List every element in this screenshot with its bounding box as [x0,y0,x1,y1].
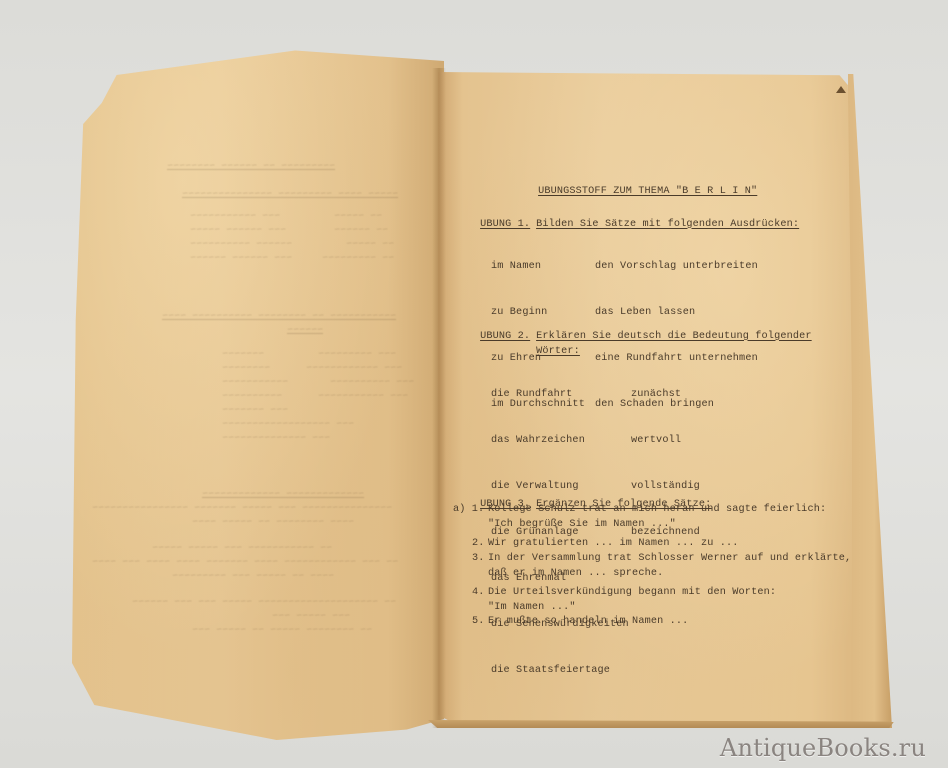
sentence-line: daß er im Namen ... spreche. [488,566,663,582]
bleed-text: ~~~~~~~~~~~~~~~ ~~~ ~~~~~ ~~~~~~~ ~~~~~~… [92,502,392,513]
sentence-line: Die Urteilsverkündigung begann mit den W… [488,585,776,601]
bleed-text: ~~~ ~~~~~~~~~~~ ~~~~~~~~~~ [222,390,408,401]
word: zunächst [631,387,700,402]
photo-scene: ~~~~~~~~~ ~~ ~~~~~~ ~~~~~~~~ ~~~~~ ~~~~ … [0,0,948,768]
phrase: den Vorschlag unterbreiten [595,259,758,274]
bleed-text: ~~ ~~~ ~~~~~~~~~~~~ ~~~~ ~~~~~~~ ~~~~ ~~… [92,556,398,567]
bleed-text: ~~ ~~~~~~~~~~~ ~~~ ~~~~~ ~~~~~ [152,542,332,553]
word: die Staatsfeiertage [491,663,629,678]
bleed-text: ~~~~~ ~~~~ ~~~~~~~~~ ~~~~~~~~~~~~~~~ [182,188,398,199]
book-gutter [432,68,446,728]
bleed-text: ~~~~~~~~~~~ ~~ ~~~~~~~~ ~~~~~~~~~~ ~~~~ [162,310,396,321]
bleed-text: ~~~ ~~~~~~~~~~~~~~~~~~ [222,418,354,429]
exercise-2-left-column: die Rundfahrt das Wahrzeichen die Verwal… [491,356,629,709]
corner-mark [836,86,846,93]
word: die Rundfahrt [491,387,629,402]
word: wertvoll [631,433,700,448]
title-text: UBUNGSSTOFF ZUM THEMA "B E R L I N" [538,186,757,197]
phrase: im Namen [491,259,585,274]
sentence-marker: 3. [472,551,485,567]
bleed-text: ~~ ~~~~~~~~~~~~~~~~~~~~ ~~~~~ ~~~ ~~~ ~~… [132,596,396,607]
bleed-text: ~~ ~~~~~ ~~~~~~ ~~~~~~~~~~ [190,238,394,249]
bleed-text: ~~~~~~~~~~~~~ ~~~~~~~~~~~~~ [202,488,364,499]
left-page: ~~~~~~~~~ ~~ ~~~~~~ ~~~~~~~~ ~~~~~ ~~~~ … [72,40,444,740]
site-watermark: AntiqueBooks.ru [720,734,926,762]
bleed-text: ~~~ ~~~~~~~~~~~~~~ [222,432,330,443]
sentence-line: Wir gratulierten ... im Namen ... zu ... [488,536,739,552]
sentence-line: In der Versammlung trat Schlosser Werner… [488,551,851,567]
bleed-text: ~~~ ~~~~~~~ [222,404,288,415]
bleed-text: ~~~ ~~~~~~~~~~~~ ~~~~~~~~ [222,362,402,373]
bleed-text: ~~~ ~~~~~~~~~~ ~~~~~~~~~~~ [222,376,414,387]
bleed-text: ~~~~ ~~ ~~~~~ ~~~ ~~~~~~~~~ [172,570,334,581]
sentence-line: "Ich begrüße Sie im Namen ..." [488,517,676,533]
bleed-text: ~~ ~~~~~ ~~~ ~~~~~~~~~~~ [190,210,382,221]
bleed-text: ~~ ~~~~~~ ~~~ ~~~~~~ ~~~~~ [190,224,388,235]
sentence-line: Er mußte so handeln im Namen ... [488,614,688,630]
sentence-line: Kollege Schulz trat an mich heran und sa… [488,502,826,518]
sentence-marker: 2. [472,536,485,552]
bleed-text: ~~~~~~ [287,324,323,335]
bleed-text: ~~~~~~~~~ ~~ ~~~~~~ ~~~~~~~~ [167,160,335,171]
sentence-marker: 4. [472,585,485,601]
page-stack-edge [848,74,892,728]
word: das Wahrzeichen [491,433,629,448]
sentence-marker: 5. [472,614,485,630]
bleed-text: ~~ ~~~~~~~~ ~~~~~ ~~ ~~~~~ ~~~ [192,624,372,635]
sentence-marker: a) 1. [453,502,484,518]
exercise-2-heading: UBUNG 2.Erklären Sie deutsch die Bedeutu… [455,313,812,360]
bleed-text: ~~~ ~~~~~~~~~ ~~~~~~~ [222,348,396,359]
bleed-text: ~~~~ ~~~~~~~~ ~~ ~~~~~ ~~~~ [192,516,354,527]
bleed-text: ~~ ~~~~~~~~~ ~~~ ~~~~~~ ~~~~~~ [190,252,394,263]
exercise-instruction-cont: Wörter: [536,346,580,357]
bleed-text: ~~~ ~~~~~ ~~~ [272,610,350,621]
